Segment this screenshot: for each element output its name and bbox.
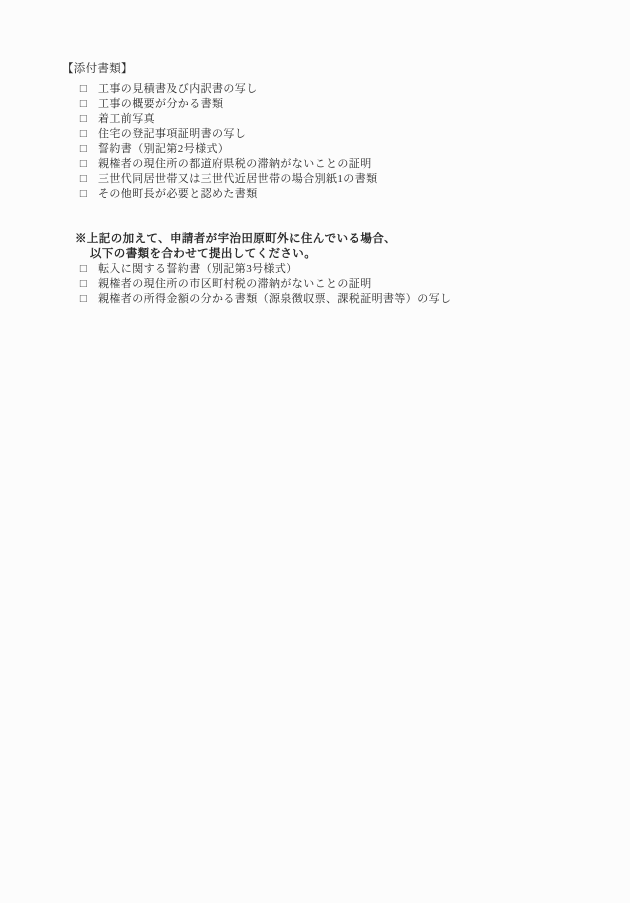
- checklist-item: □その他町長が必要と認めた書類: [78, 187, 600, 202]
- checklist-item: □親権者の所得金額の分かる書類（源泉徴収票、課税証明書等）の写し: [78, 292, 600, 307]
- checkbox-icon: □: [78, 277, 89, 292]
- checklist-item-label: 着工前写真: [98, 113, 155, 125]
- out-of-town-note: ※上記の加えて、申請者が宇治田原町外に住んでいる場合、 以下の書類を合わせて提出…: [62, 232, 600, 262]
- checklist-item: □親権者の現住所の都道府県税の滞納がないことの証明: [78, 157, 600, 172]
- checklist-item: □住宅の登記事項証明書の写し: [78, 127, 600, 142]
- checkbox-icon: □: [78, 292, 89, 307]
- checklist-item-label: 親権者の現住所の市区町村税の滞納がないことの証明: [98, 278, 372, 290]
- checklist-item: □親権者の現住所の市区町村税の滞納がないことの証明: [78, 277, 600, 292]
- checkbox-icon: □: [78, 187, 89, 202]
- checkbox-icon: □: [78, 262, 89, 277]
- checklist-item-label: 工事の見積書及び内訳書の写し: [98, 83, 258, 95]
- checklist-item-label: 工事の概要が分かる書類: [98, 98, 223, 110]
- checklist-item: □三世代同居世帯又は三世代近居世帯の場合別紙1の書類: [78, 172, 600, 187]
- checklist-item-label: その他町長が必要と認めた書類: [98, 188, 258, 200]
- checklist-item: □工事の概要が分かる書類: [78, 97, 600, 112]
- checklist-item-label: 転入に関する誓約書（別記第3号様式）: [98, 263, 298, 275]
- checkbox-icon: □: [78, 82, 89, 97]
- checklist-item-label: 誓約書（別記第2号様式）: [98, 143, 229, 155]
- checkbox-icon: □: [78, 172, 89, 187]
- checkbox-icon: □: [78, 142, 89, 157]
- checkbox-icon: □: [78, 127, 89, 142]
- checklist-item: □着工前写真: [78, 112, 600, 127]
- checkbox-icon: □: [78, 157, 89, 172]
- document-content: 【添付書類】 □工事の見積書及び内訳書の写し □工事の概要が分かる書類 □着工前…: [62, 62, 600, 307]
- out-of-town-checklist: □転入に関する誓約書（別記第3号様式） □親権者の現住所の市区町村税の滞納がない…: [62, 262, 600, 307]
- checklist-item: □誓約書（別記第2号様式）: [78, 142, 600, 157]
- checklist-item: □転入に関する誓約書（別記第3号様式）: [78, 262, 600, 277]
- document-page: 【添付書類】 □工事の見積書及び内訳書の写し □工事の概要が分かる書類 □着工前…: [0, 0, 630, 903]
- note-line-1: ※上記の加えて、申請者が宇治田原町外に住んでいる場合、: [62, 232, 600, 247]
- checklist-item: □工事の見積書及び内訳書の写し: [78, 82, 600, 97]
- attachments-checklist: □工事の見積書及び内訳書の写し □工事の概要が分かる書類 □着工前写真 □住宅の…: [62, 82, 600, 202]
- checklist-item-label: 親権者の現住所の都道府県税の滞納がないことの証明: [98, 158, 372, 170]
- attachments-section-title: 【添付書類】: [62, 62, 600, 77]
- checkbox-icon: □: [78, 112, 89, 127]
- note-line-2: 以下の書類を合わせて提出してください。: [62, 247, 600, 262]
- checkbox-icon: □: [78, 97, 89, 112]
- checklist-item-label: 三世代同居世帯又は三世代近居世帯の場合別紙1の書類: [98, 173, 378, 185]
- checklist-item-label: 親権者の所得金額の分かる書類（源泉徴収票、課税証明書等）の写し: [98, 293, 451, 305]
- checklist-item-label: 住宅の登記事項証明書の写し: [98, 128, 246, 140]
